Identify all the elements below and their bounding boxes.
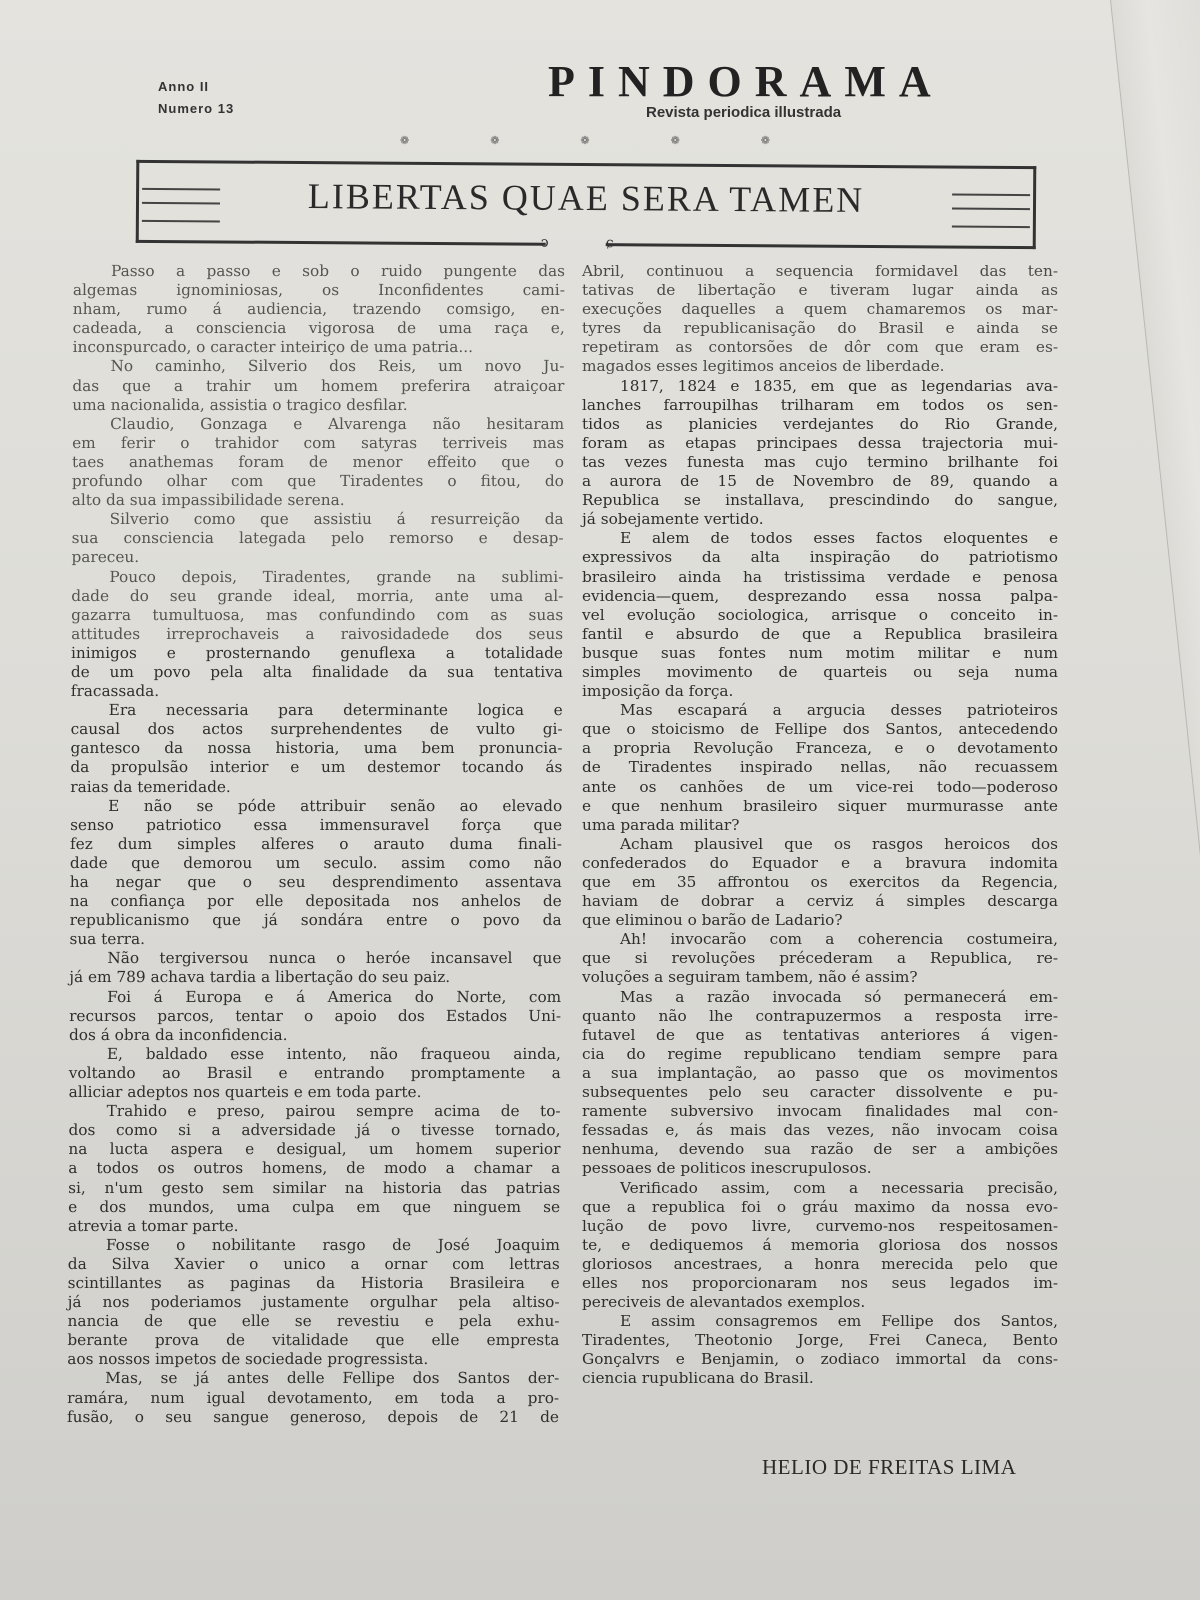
- ornament-icon: ❁: [580, 134, 589, 147]
- text-line: raias da temeridade.: [70, 778, 562, 797]
- text-line: em ferir o trahidor com satyras terrivei…: [72, 434, 564, 453]
- text-line: cia do regime republicano tendiam sempre…: [582, 1045, 1058, 1064]
- text-line: uma parada militar?: [582, 816, 1058, 835]
- text-line: vel evolução sociologica, arrisque o con…: [582, 606, 1058, 625]
- text-line: taes anathemas foram de menor effeito qu…: [72, 453, 564, 472]
- text-line: busque suas fontes num motim militar e n…: [582, 644, 1058, 663]
- text-line: que o stoicismo de Fellipe dos Santos, a…: [582, 720, 1058, 739]
- text-line: alliciar adeptos nos quarteis e em toda …: [69, 1083, 561, 1102]
- text-line: ciencia rupublicana do Brasil.: [582, 1369, 1058, 1388]
- text-line: 1817, 1824 e 1835, em que as legendarias…: [582, 377, 1058, 396]
- text-line: E, baldado esse intento, não fraqueou ai…: [69, 1045, 561, 1064]
- text-line: que si revoluções précederam a Republica…: [582, 949, 1058, 968]
- text-line: na lucta aspera e desigual, um homem sup…: [68, 1140, 560, 1159]
- text-line: Claudio, Gonzaga e Alvarenga não hesitar…: [72, 415, 564, 434]
- ornament-icon: ❁: [400, 134, 409, 147]
- text-line: ramente subversivo invocam finalidades m…: [582, 1102, 1058, 1121]
- text-line: senso patriotico essa immensuravel força…: [70, 816, 562, 835]
- text-line: Pouco depois, Tiradentes, grande na subl…: [71, 568, 563, 587]
- issue-number: Numero 13: [158, 98, 234, 120]
- text-line: Tiradentes, Theotonio Jorge, Frei Caneca…: [582, 1331, 1058, 1350]
- banner-rule: [136, 160, 1036, 169]
- text-line: nancia de que elle se revestiu e pela ex…: [67, 1312, 559, 1331]
- text-line: ante os canhões de um vice-rei todo—pode…: [582, 778, 1058, 797]
- text-line: a sua implantação, ao passo que os movim…: [582, 1064, 1058, 1083]
- text-line: de um povo pela alta finalidade da sua t…: [71, 663, 563, 682]
- text-line: imposição da força.: [582, 682, 1058, 701]
- swirl-ornament-icon: ↄ: [541, 235, 549, 251]
- text-line: Mas escapará a argucia desses patrioteir…: [582, 701, 1058, 720]
- text-line: atrevia a tomar parte.: [68, 1217, 560, 1236]
- text-line: inconspurcado, o caracter inteiriço de u…: [73, 338, 565, 357]
- text-line: sua consciencia lategada pelo remorso e …: [72, 529, 564, 548]
- text-line: dos como si a adversidade já o tivesse t…: [68, 1121, 560, 1140]
- text-line: fessadas e, ás mais das vezes, não invoc…: [582, 1121, 1058, 1140]
- text-line: lução de povo livre, curvemo-nos respeit…: [582, 1217, 1058, 1236]
- text-line: expressivos da alta inspiração do patrio…: [582, 548, 1058, 567]
- text-line: Mas, se já antes delle Fellipe dos Santo…: [67, 1369, 559, 1388]
- text-line: foram as etapas principaes dessa traject…: [582, 434, 1058, 453]
- text-line: recursos parcos, tentar o apoio dos Esta…: [69, 1007, 561, 1026]
- text-line: nenhuma, devendo sua razão de ser a ambi…: [582, 1140, 1058, 1159]
- text-line: sua terra.: [69, 930, 561, 949]
- magazine-subtitle: Revista periodica illustrada: [646, 104, 1008, 121]
- text-line: pessoaes de politicos inescrupulosos.: [582, 1159, 1058, 1178]
- text-line: algemas ignominiosas, os Inconfidentes c…: [73, 281, 565, 300]
- text-line: elles nos proporcionaram nos seus legado…: [582, 1274, 1058, 1293]
- text-line: alto da sua impassibilidade serena.: [72, 491, 564, 510]
- text-line: scintillantes as paginas da Historia Bra…: [68, 1274, 560, 1293]
- ornament-icon: ❁: [490, 134, 499, 147]
- ornament-icon: ❁: [761, 134, 770, 147]
- text-line: fantil e absurdo de que a Republica bras…: [582, 625, 1058, 644]
- masthead: PINDORAMA Revista periodica illustrada: [548, 58, 1008, 121]
- text-line: profundo olhar com que Tiradentes o fito…: [72, 472, 564, 491]
- text-line: tativas de libertação e tiveram lugar ai…: [582, 281, 1058, 300]
- text-line: já em 789 achava tardia a libertação do …: [69, 968, 561, 987]
- text-line: tyres da republicanisação do Brasil e ai…: [582, 319, 1058, 338]
- text-line: que em 35 affrontou os exercitos da Rege…: [582, 873, 1058, 892]
- text-line: futavel de que as tentativas anteriores …: [582, 1026, 1058, 1045]
- text-line: si, n'um gesto sem similar na historia d…: [68, 1179, 560, 1198]
- text-line: dade do seu grande ideal, morria, ante u…: [71, 587, 563, 606]
- text-line: Ah! invocarão com a coherencia costumeir…: [582, 930, 1058, 949]
- article-headline: LIBERTAS QUAE SERA TAMEN: [136, 174, 1036, 222]
- issue-year: Anno II: [158, 76, 234, 98]
- article-column-right: Abril, continuou a sequencia formidavel …: [582, 262, 1058, 1389]
- text-line: lanches farroupilhas trilharam em todos …: [582, 396, 1058, 415]
- text-line: brasileiro ainda ha tristissima verdade …: [582, 568, 1058, 587]
- author-signature: HELIO DE FREITAS LIMA: [762, 1455, 1016, 1480]
- text-line: dos á obra da inconfidencia.: [69, 1026, 561, 1045]
- text-line: Mas a razão invocada só permanecerá em-: [582, 988, 1058, 1007]
- text-line: aos nossos impetos de sociedade progress…: [67, 1350, 559, 1369]
- banner-rule: [606, 243, 1036, 249]
- text-line: berante prova de vitalidade que elle emp…: [67, 1331, 559, 1350]
- text-line: e dos mundos, uma culpa em que ninguem s…: [68, 1198, 560, 1217]
- text-line: tidos as planicies verdejantes do Rio Gr…: [582, 415, 1058, 434]
- text-line: execuções daquelles a quem chamaremos os…: [582, 300, 1058, 319]
- text-line: te, e dediquemos á memoria gloriosa dos …: [582, 1236, 1058, 1255]
- text-line: e que nenhum brasileiro siquer murmurass…: [582, 797, 1058, 816]
- text-line: magados esses legitimos anceios de liber…: [582, 357, 1058, 376]
- text-line: voluções a seguiram tambem, não é assim?: [582, 968, 1058, 987]
- text-line: Trahido e preso, pairou sempre acima de …: [69, 1102, 561, 1121]
- text-line: que eliminou o barão de Ladario?: [582, 911, 1058, 930]
- text-line: Passo a passo e sob o ruido pungente das: [73, 262, 565, 281]
- text-line: republicanismo que já sondára entre o po…: [70, 911, 562, 930]
- text-line: fracassada.: [71, 682, 563, 701]
- text-line: voltando ao Brasil e entrando promptamen…: [69, 1064, 561, 1083]
- text-line: No caminho, Silverio dos Reis, um novo J…: [72, 357, 564, 376]
- text-line: Foi á Europa e á America do Norte, com: [69, 988, 561, 1007]
- text-line: Gonçalvrs e Benjamin, o zodiaco immortal…: [582, 1350, 1058, 1369]
- text-line: evidencia—quem, desprezando essa nossa p…: [582, 587, 1058, 606]
- text-line: Verificado assim, com a necessaria preci…: [582, 1179, 1058, 1198]
- text-line: repetiram as contorsões de dôr com que e…: [582, 338, 1058, 357]
- article-column-left: Passo a passo e sob o ruido pungente das…: [67, 262, 565, 1427]
- text-line: das que a trahir um homem preferira atra…: [72, 377, 564, 396]
- text-line: E alem de todos esses factos eloquentes …: [582, 529, 1058, 548]
- text-line: pereciveis de alevantados exemplos.: [582, 1293, 1058, 1312]
- text-line: fez dum simples alferes o arauto duma fi…: [70, 835, 562, 854]
- text-line: gloriosos ancestraes, a honra merecida p…: [582, 1255, 1058, 1274]
- ornament-icon: ❁: [671, 134, 680, 147]
- text-line: pareceu.: [71, 548, 563, 567]
- text-line: já sobejamente vertido.: [582, 510, 1058, 529]
- text-line: tas vezes funesta mas cujo termino brilh…: [582, 453, 1058, 472]
- text-line: confederados do Equador e a bravura indo…: [582, 854, 1058, 873]
- text-line: haviam de dobrar a cerviz á simples desc…: [582, 892, 1058, 911]
- adjacent-page-edge: [1110, 0, 1200, 1600]
- text-line: causal dos actos surprehendentes de vult…: [71, 720, 563, 739]
- text-line: fusão, o seu sangue generoso, depois de …: [67, 1408, 559, 1427]
- text-line: já nos poderiamos justamente orgulhar pe…: [68, 1293, 560, 1312]
- text-line: da Silva Xavier o unico a ornar com lett…: [68, 1255, 560, 1274]
- text-line: E não se póde attribuir senão ao elevado: [70, 797, 562, 816]
- text-line: a aurora de 15 de Novembro de 89, quando…: [582, 472, 1058, 491]
- text-line: simples movimento de quarteis ou seja nu…: [582, 663, 1058, 682]
- text-line: ramára, num igual devotamento, em toda a…: [67, 1389, 559, 1408]
- text-line: Abril, continuou a sequencia formidavel …: [582, 262, 1058, 281]
- text-line: cadeada, a consciencia vigorosa de uma r…: [73, 319, 565, 338]
- text-line: ha negar que o seu desprendimento assent…: [70, 873, 562, 892]
- text-line: de Tiradentes inspirado nellas, não recu…: [582, 758, 1058, 777]
- text-line: gantesco da nossa historia, uma bem pron…: [70, 739, 562, 758]
- text-line: Fosse o nobilitante rasgo de José Joaqui…: [68, 1236, 560, 1255]
- magazine-title: PINDORAMA: [548, 58, 1008, 106]
- swirl-ornament-icon: ɕ: [606, 235, 614, 251]
- text-line: attitudes irreprochaveis a raivosidadede…: [71, 625, 563, 644]
- text-line: que a republica foi o gráu maximo da nos…: [582, 1198, 1058, 1217]
- text-line: a todos os outros homens, de modo a cham…: [68, 1159, 560, 1178]
- text-line: quanto não lhe contrapuzermos a resposta…: [582, 1007, 1058, 1026]
- headline-banner: LIBERTAS QUAE SERA TAMEN ↄ ɕ: [136, 160, 1037, 252]
- text-line: Não tergiversou nunca o heróe incansavel…: [69, 949, 561, 968]
- text-line: gazarra tumultuosa, mas confundindo com …: [71, 606, 563, 625]
- text-line: Acham plausivel que os rasgos heroicos d…: [582, 835, 1058, 854]
- text-line: nham, rumo á audiencia, trazendo comsigo…: [73, 300, 565, 319]
- text-line: inimigos e prosternando genuflexa a tota…: [71, 644, 563, 663]
- text-line: Republica se installava, prescindindo do…: [582, 491, 1058, 510]
- text-line: uma nacionalida, assistia o tragico desf…: [72, 396, 564, 415]
- banner-rule: [136, 240, 546, 246]
- text-line: E assim consagremos em Fellipe dos Santo…: [582, 1312, 1058, 1331]
- text-line: a propria Revolução Franceza, e o devota…: [582, 739, 1058, 758]
- text-line: na confiança por elle depositada nos anh…: [70, 892, 562, 911]
- text-line: da propulsão interior e um destemor toca…: [70, 758, 562, 777]
- text-line: subsequentes pelo seu caracter dissolven…: [582, 1083, 1058, 1102]
- text-line: dade que demorou um seculo. assim como n…: [70, 854, 562, 873]
- issue-info: Anno II Numero 13: [158, 76, 234, 120]
- ornament-row: ❁ ❁ ❁ ❁ ❁: [400, 134, 770, 147]
- text-line: Era necessaria para determinante logica …: [71, 701, 563, 720]
- text-line: Silverio como que assistiu á resurreição…: [72, 510, 564, 529]
